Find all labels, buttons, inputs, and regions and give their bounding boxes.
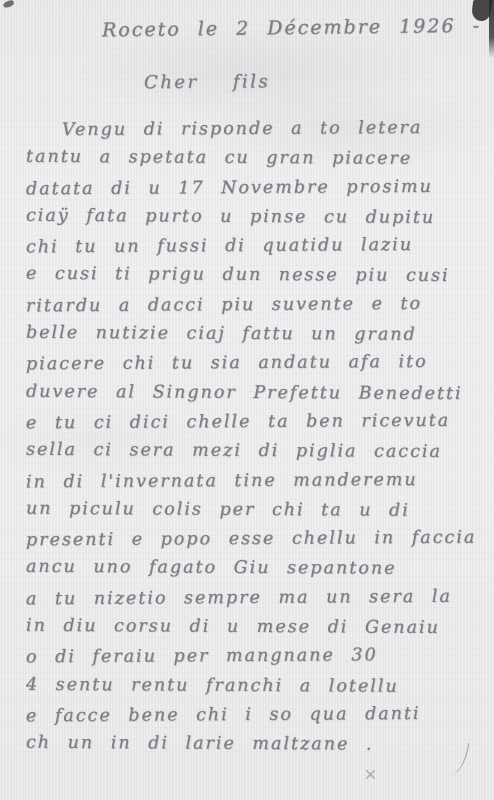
- letter-line: duvere al Singnor Prefettu Benedetti: [26, 377, 480, 409]
- letter-line: ch un in di larie maltzane .: [26, 729, 480, 761]
- pencil-smudge-mark: [366, 770, 375, 779]
- letter-salutation: Cher fils: [144, 70, 494, 93]
- letter-line: belle nutizie ciaj fattu un grand: [26, 319, 480, 351]
- letter-line: in diu corsu di u mese di Genaiu: [26, 612, 480, 644]
- letter-body: Vengu di risponde a to letera tantu a sp…: [0, 115, 494, 760]
- scan-artifact-top-left: [2, 0, 14, 9]
- letter-line: un piculu colis per chi ta u di: [26, 495, 480, 527]
- letter-line: e cusi ti prigu dun nesse piu cusi: [26, 260, 480, 292]
- letter-line: in di l'invernata tine manderemu: [26, 465, 480, 497]
- letter-line: ritardu a dacci piu suvente e to: [26, 289, 480, 321]
- letter-page: Roceto le 2 Décembre 1926 - Cher fils Ve…: [0, 0, 494, 800]
- letter-line: tantu a spetata cu gran piacere: [26, 143, 480, 175]
- letter-line: e tu ci dici chelle ta ben ricevuta: [26, 407, 480, 439]
- letter-line: datata di u 17 Novembre prosimu: [26, 172, 480, 204]
- letter-line: ciaÿ fata purto u pinse cu dupitu: [26, 202, 480, 234]
- letter-line: ancu uno fagato Giu sepantone: [26, 553, 480, 585]
- letter-line: presenti e popo esse chellu in faccia: [26, 524, 480, 556]
- letter-line: a tu nizetio sempre ma un sera la: [26, 582, 480, 614]
- letter-line: o di feraiu per mangnane 30: [26, 641, 480, 673]
- letter-line: sella ci sera mezi di piglia caccia: [26, 436, 480, 468]
- letter-line: 4 sentu rentu franchi a lotellu: [26, 670, 480, 702]
- letter-line: chi tu un fussi di quatidu laziu: [26, 231, 480, 263]
- letter-line: e facce bene chi i so qua danti: [26, 700, 480, 732]
- letter-dateline: Roceto le 2 Décembre 1926 -: [102, 15, 494, 42]
- letter-line: piacere chi tu sia andatu afa ito: [26, 348, 480, 380]
- letter-line: Vengu di risponde a to letera: [26, 114, 480, 146]
